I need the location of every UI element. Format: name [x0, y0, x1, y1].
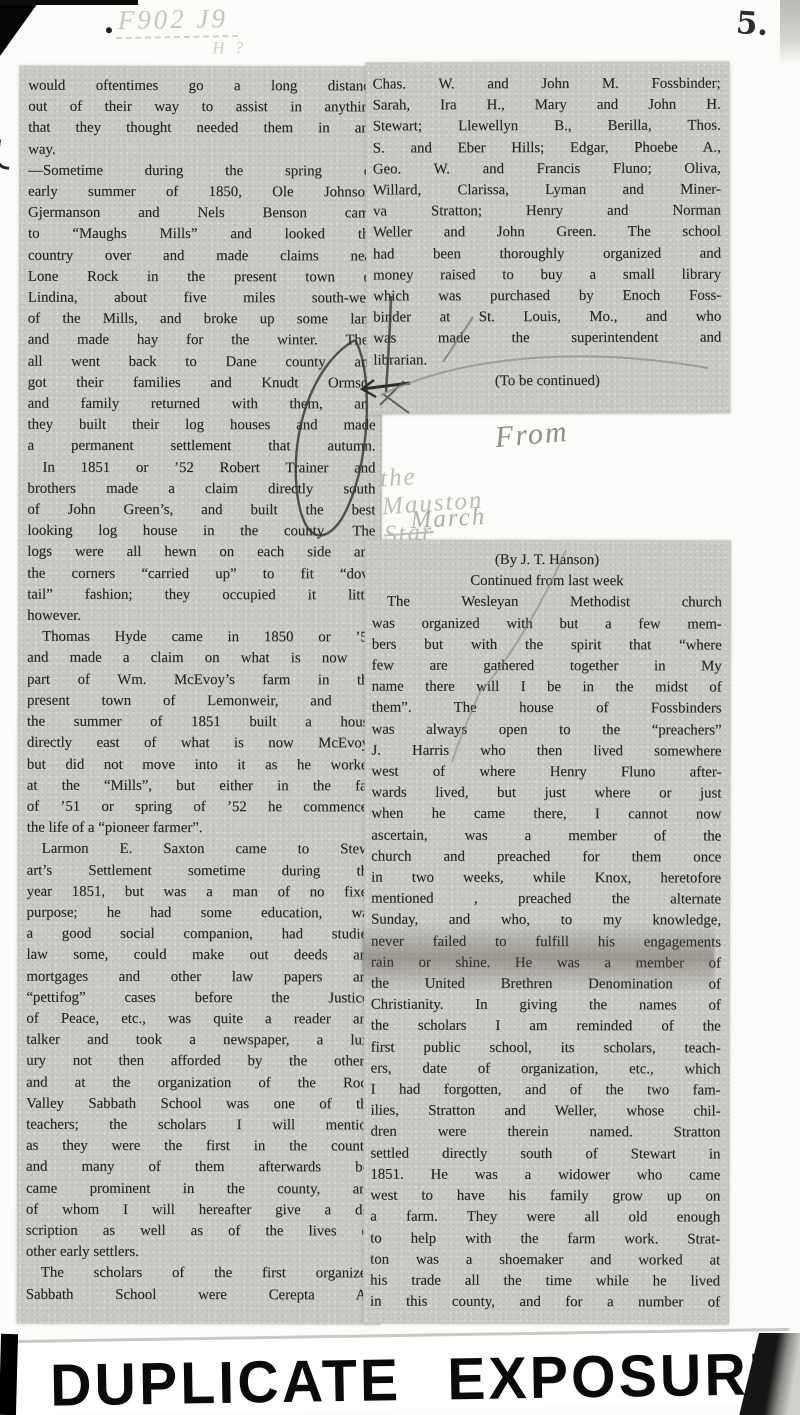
article-line: ton was a shoemaker and worked at	[370, 1249, 720, 1271]
article-line: was always open to the “preachers”	[372, 719, 722, 741]
article-line: year 1851, but was a man of no fixed	[27, 881, 375, 903]
article-line: when he came there, I cannot now	[371, 804, 721, 826]
photo-edge-artifact	[0, 1334, 18, 1415]
article-line: brothers made a claim directly south	[27, 478, 375, 500]
article-line: in this county, and for a number of	[370, 1292, 720, 1314]
article-line: looking log house in the county. The	[27, 521, 375, 543]
article-line: The scholars of the first organized	[26, 1263, 374, 1285]
newspaper-clipping-left-column: would oftentimes go a long distanceout o…	[17, 66, 383, 1325]
article-line: S. and Eber Hills; Edgar, Phoebe A.,	[373, 137, 721, 159]
article-line: came prominent in the county, and	[26, 1178, 374, 1200]
article-line: to “Maughs Mills” and looked the	[28, 224, 376, 246]
article-line: J. Harris who then lived somewhere	[371, 740, 721, 762]
article-line: The Wesleyan Methodist church	[372, 592, 722, 614]
article-line: the scholars I am reminded of the	[371, 1016, 721, 1038]
article-line: —Sometime during the spring or	[28, 160, 376, 182]
article-line: and at the organization of the Rock	[26, 1072, 374, 1094]
article-line: Willard, Clarissa, Lyman and Miner-	[373, 180, 721, 202]
photo-corner-artifact	[0, 0, 40, 56]
article-line: Weller and John Green. The school	[373, 222, 721, 244]
article-line: Lone Rock in the present town of	[28, 266, 376, 288]
article-line: got their families and Knudt Ormson	[28, 372, 376, 394]
article-line: the corners “carried up” to fit “dove	[27, 563, 375, 585]
catalog-code: F902 J9	[116, 3, 239, 39]
article-line: few are gathered together in My	[372, 656, 722, 678]
article-line: of the Mills, and broke up some land	[28, 309, 376, 331]
article-line: “pettifog” cases before the Justices	[26, 987, 374, 1009]
catalog-code-secondary: H ?	[212, 38, 246, 59]
article-line: would oftentimes go a long distance	[28, 76, 376, 98]
scan-smudge	[362, 922, 714, 992]
article-line: at the “Mills”, but either in the fall	[27, 775, 375, 797]
article-line: that they thought needed them in any	[28, 118, 376, 140]
article-line: Christianity. In giving the names of	[371, 995, 721, 1017]
article-line: mentioned , preached the alternate	[371, 889, 721, 911]
article-line: Sabbath School were Cerepta A.,	[26, 1284, 374, 1306]
duplicate-exposure-stamp: DUPLICATE EXPOSURE	[11, 1331, 790, 1415]
article-line: a good social companion, had studied	[26, 924, 374, 946]
article-line: which was purchased by Enoch Foss-	[373, 286, 721, 308]
article-line: present town of Lemonweir, and in	[27, 691, 375, 713]
article-line: of whom I will hereafter give a de-	[26, 1199, 374, 1221]
article-line: dren were therein named. Stratton	[370, 1122, 720, 1144]
article-line: I had forgotten, and of the two fam-	[371, 1080, 721, 1102]
article-line: ers, date of organization, etc., which	[371, 1058, 721, 1080]
article-line: of John Green’s, and built the best	[27, 500, 375, 522]
article-body: Chas. W. and John M. Fossbinder;Sarah, I…	[373, 74, 722, 372]
article-line: way.	[28, 139, 376, 161]
article-line: law some, could make out deeds and	[26, 945, 374, 967]
article-line: other early settlers.	[26, 1242, 374, 1264]
article-line: va Stratton; Henry and Norman	[373, 201, 721, 223]
ink-dot	[106, 27, 112, 33]
to-be-continued-note: (To be continued)	[373, 370, 721, 392]
article-line: scription as well as of the lives of	[26, 1221, 374, 1243]
handwritten-word: From	[494, 415, 570, 455]
article-line: and made hay for the winter. They	[28, 330, 376, 352]
catalog-marking: F902 J9 H ?	[116, 3, 247, 60]
article-line: money raised to buy a small library	[373, 264, 721, 286]
article-line: church and preached for them once	[371, 846, 721, 868]
article-line: mortgages and other law papers and	[26, 966, 374, 988]
article-line: of ’51 or spring of ’52 he commenced	[27, 797, 375, 819]
article-line: and made a claim on what is now a	[27, 648, 375, 670]
article-line: country over and made claims near	[28, 245, 376, 267]
article-line: however.	[27, 606, 375, 628]
article-line: out of their way to assist in anything	[28, 97, 376, 119]
article-line: Larmon E. Saxton came to Stew-	[27, 839, 375, 861]
article-line: Lindina, about five miles south-west	[28, 288, 376, 310]
article-line: first public school, its scholars, teach…	[371, 1037, 721, 1059]
handwritten-word: the	[379, 463, 417, 492]
article-line: of Peace, etc., was quite a reader and	[26, 1009, 374, 1031]
article-line: in two weeks, while Knox, heretofore	[371, 868, 721, 890]
photo-edge-artifact	[780, 0, 800, 64]
article-line: they built their log houses and made	[28, 415, 376, 437]
article-line: Stewart; Llewellyn B., Berilla, Thos.	[373, 116, 721, 138]
article-line: Gjermanson and Nels Benson came	[28, 203, 376, 225]
article-line: to help with the farm work. Strat-	[370, 1228, 720, 1250]
article-line: the summer of 1851 built a house	[27, 712, 375, 734]
article-line: was made the superintendent and	[373, 328, 721, 350]
article-line: west of where Henry Fluno after-	[371, 762, 721, 784]
article-line: the life of a “pioneer farmer”.	[27, 818, 375, 840]
pencil-mark	[0, 139, 13, 170]
article-line: all went back to Dane county and	[28, 351, 376, 373]
page-number: 5.	[735, 5, 770, 43]
article-line: settled directly south of Stewart in	[370, 1143, 720, 1165]
article-line: binder at St. Louis, Mo., and who	[373, 307, 721, 329]
article-line: west to have his family grow up on	[370, 1186, 720, 1208]
article-line: his trade all the time while he lived	[370, 1270, 720, 1292]
article-line: but did not move into it as he worked	[27, 754, 375, 776]
article-line: In 1851 or ’52 Robert Trainer and	[27, 457, 375, 479]
article-line: talker and took a newspaper, a lux-	[26, 1030, 374, 1052]
article-line: purpose; he had some education, was	[27, 903, 375, 925]
article-line: logs were all hewn on each side and	[27, 542, 375, 564]
article-line: Valley Sabbath School was one of the	[26, 1093, 374, 1115]
article-line: ilies, Stratton and Weller, whose chil-	[371, 1101, 721, 1123]
article-line: librarian.	[373, 349, 721, 371]
article-line: had been thoroughly organized and	[373, 243, 721, 265]
article-line: and family returned with them, and	[28, 394, 376, 416]
article-line: ury not then afforded by the others;	[26, 1051, 374, 1073]
article-line: teachers; the scholars I will mention	[26, 1115, 374, 1137]
article-line: early summer of 1850, Ole Johnson,	[28, 182, 376, 204]
article-line: them”. The house of Fossbinders	[372, 698, 722, 720]
article-line: bers but with the spirit that “where	[372, 634, 722, 656]
article-line: a farm. They were all old enough	[370, 1207, 720, 1229]
article-line: directly east of what is now McEvoys	[27, 733, 375, 755]
article-line: tail” fashion; they occupied it little	[27, 585, 375, 607]
stamp-text: DUPLICATE EXPOSURE	[50, 1338, 800, 1415]
article-line: name there will I be in the midst of	[372, 677, 722, 699]
article-line: Chas. W. and John M. Fossbinder;	[373, 74, 721, 96]
newspaper-clipping-right-top: Chas. W. and John M. Fossbinder;Sarah, I…	[366, 62, 731, 415]
article-line: as they were the first in the county,	[26, 1136, 374, 1158]
article-line: Thomas Hyde came in 1850 or ’51	[27, 627, 375, 649]
article-line: art’s Settlement sometime during the	[27, 860, 375, 882]
article-line: Sarah, Ira H., Mary and John H.	[373, 95, 721, 117]
article-line: was organized with but a few mem-	[372, 613, 722, 635]
article-line: wards lived, but just where or just	[371, 783, 721, 805]
article-line: Geo. W. and Francis Fluno; Oliva,	[373, 158, 721, 180]
article-subtitle: Continued from last week	[372, 571, 722, 593]
scanned-newspaper-page: { "colors": { "newsprint_bg": "#cac9c4",…	[0, 0, 800, 1415]
article-line: 1851. He was a widower who came	[370, 1164, 720, 1186]
article-byline: (By J. T. Hanson)	[372, 550, 722, 572]
article-line: ascertain, was a member of the	[371, 825, 721, 847]
article-line: part of Wm. McEvoy’s farm in the	[27, 669, 375, 691]
article-line: a permanent settlement that autumn.	[27, 436, 375, 458]
article-line: and many of them afterwards be-	[26, 1157, 374, 1179]
